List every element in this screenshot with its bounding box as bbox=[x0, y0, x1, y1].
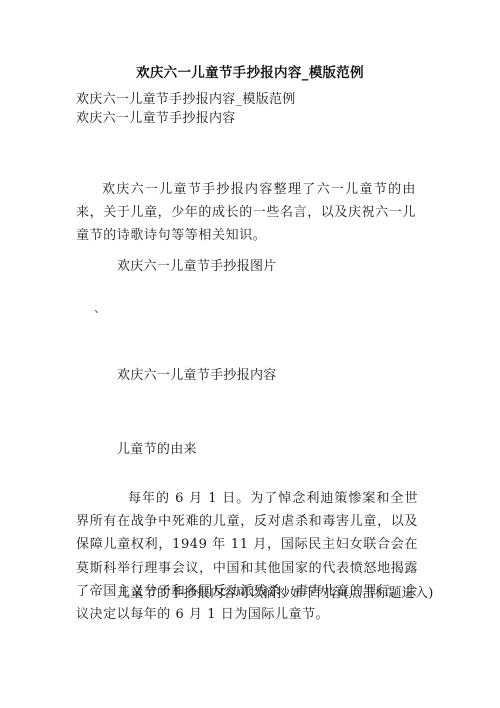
image-caption: 欢庆六一儿童节手抄报图片 bbox=[117, 258, 277, 276]
document-page: 欢庆六一儿童节手抄报内容_模版范例 欢庆六一儿童节手抄报内容_模版范例 欢庆六一… bbox=[0, 0, 500, 708]
content-heading: 欢庆六一儿童节手抄报内容 bbox=[117, 367, 277, 385]
subtitle-line-2: 欢庆六一儿童节手抄报内容 bbox=[76, 110, 236, 128]
section-heading: 儿童节的由来 bbox=[117, 441, 197, 459]
intro-paragraph: 欢庆六一儿童节手抄报内容整理了六一儿童节的由来，关于儿童，少年的成长的一些名言，… bbox=[76, 178, 416, 247]
origin-paragraph: 每年的 6 月 1 日。为了悼念利迪策惨案和全世界所有在战争中死难的儿童，反对虐… bbox=[76, 487, 418, 626]
stray-mark: 、 bbox=[94, 299, 106, 316]
document-title: 欢庆六一儿童节手抄报内容_模版范例 bbox=[0, 64, 500, 82]
subtitle-line-1: 欢庆六一儿童节手抄报内容_模版范例 bbox=[76, 91, 296, 109]
closing-line-link[interactable]: 儿童节的手抄报内容可以摘抄如下内容(点击标题进入) bbox=[117, 585, 434, 603]
